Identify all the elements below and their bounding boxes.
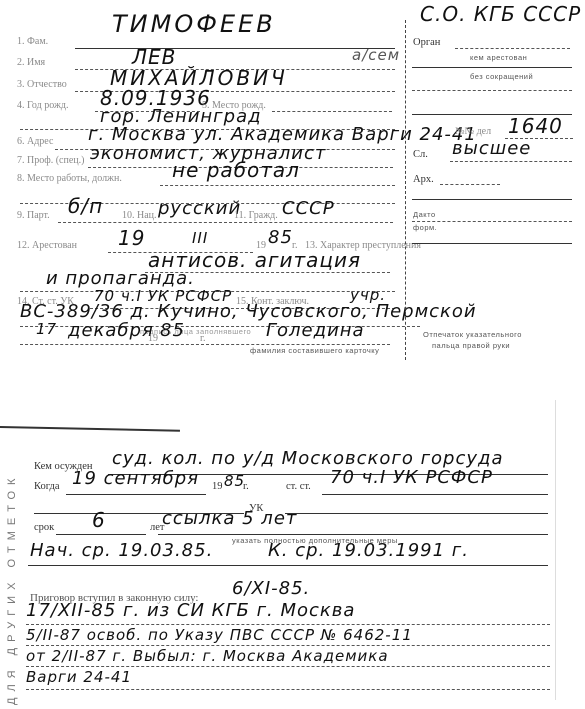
term-line bbox=[56, 534, 146, 535]
column-divider bbox=[405, 20, 406, 360]
date-month: декабря bbox=[68, 320, 154, 341]
camp-value-2: ВС-389/36 д. Кучино, Чусовского, Пермско… bbox=[20, 301, 477, 322]
term-value: 6 bbox=[92, 508, 106, 532]
arrested-month: III bbox=[192, 229, 208, 247]
term-extra: ссылка 5 лет bbox=[162, 508, 297, 529]
archive-line bbox=[440, 184, 500, 185]
date-day: 17 bbox=[36, 320, 57, 338]
side-text: ДЛЯ ДРУГИХ ОТМЕТОК bbox=[6, 473, 18, 705]
dactyl-label-2: форм. bbox=[413, 223, 437, 232]
term-dates-line bbox=[28, 565, 548, 566]
term-extra-line bbox=[158, 534, 548, 535]
sentence-date: 6/XI-85. bbox=[232, 578, 310, 599]
note-underline-2 bbox=[26, 645, 550, 646]
when-label: Когда bbox=[34, 481, 60, 492]
citizenship-label: 11. Гражд. bbox=[234, 210, 278, 221]
note-line-1: 17/XII-85 г. из СИ КГБ г. Москва bbox=[26, 600, 355, 621]
party-line bbox=[58, 222, 393, 223]
date-year-prefix: 19 bbox=[148, 333, 158, 344]
articles-line bbox=[322, 494, 548, 495]
address-label: 6. Адрес bbox=[17, 136, 53, 147]
note-underline-3 bbox=[26, 666, 550, 667]
education-value: высшее bbox=[452, 138, 531, 159]
card-right-edge bbox=[555, 400, 556, 700]
date-line bbox=[20, 344, 390, 345]
education-label: Сл. bbox=[413, 149, 428, 160]
when-line bbox=[66, 494, 206, 495]
card-top-edge bbox=[0, 426, 180, 432]
organ-line bbox=[455, 48, 570, 49]
note-line-2: 5/II-87 освоб. по Указу ПВС СССР № 6462-… bbox=[26, 626, 413, 644]
articles-label: ст. ст. bbox=[286, 481, 311, 492]
note-underline-1 bbox=[26, 624, 550, 625]
organ-value: С.О. КГБ СССР bbox=[420, 2, 581, 26]
fingerprint-label-1: Отпечаток указательного bbox=[423, 330, 522, 339]
workplace-label: 8. Место работы, должн. bbox=[17, 173, 122, 184]
note-underline-4 bbox=[26, 689, 550, 690]
fingerprint-label-2: пальца правой руки bbox=[432, 341, 510, 350]
workplace-line bbox=[160, 185, 395, 186]
case-number-label: №№ дел bbox=[455, 126, 491, 137]
stray-mark: а/сем bbox=[352, 46, 400, 64]
profession-label: 7. Проф. (спец.) bbox=[17, 155, 84, 166]
note-line-3: от 2/II-87 г. Выбыл: г. Москва Академика bbox=[26, 647, 389, 665]
when-year-prefix: 19 bbox=[212, 481, 223, 492]
uk-line-right bbox=[285, 513, 548, 514]
name-label: 2. Имя bbox=[17, 57, 45, 68]
dactyl-label-1: Дакто bbox=[413, 210, 436, 219]
term-label: срок bbox=[34, 522, 54, 533]
surname-label: 1. Фам. bbox=[17, 36, 48, 47]
archive-divider bbox=[412, 199, 572, 200]
note-line-4: Варги 24-41 bbox=[26, 668, 132, 686]
when-year: 85 bbox=[224, 472, 245, 490]
organ-sublabel-1: кем арестован bbox=[470, 53, 527, 62]
compiler-signature: Голедина bbox=[266, 320, 365, 341]
when-date: 19 сентября bbox=[72, 468, 199, 489]
workplace-value: не работал bbox=[172, 158, 300, 182]
term-start: Нач. ср. 19.03.85. bbox=[30, 540, 213, 561]
dactyl-line bbox=[412, 221, 572, 222]
arrested-year: 85 bbox=[268, 227, 293, 248]
arrested-label: 12. Арестован bbox=[17, 240, 77, 251]
birth-place-line-1 bbox=[272, 111, 392, 112]
organ-line-3 bbox=[412, 90, 572, 91]
articles-value: 70 ч.I УК РСФСР bbox=[330, 467, 493, 488]
when-year-suffix: г. bbox=[243, 481, 249, 492]
compiler-sublabel: фамилия составившего карточку bbox=[250, 346, 379, 355]
nationality-label: 10. Нац. bbox=[122, 210, 157, 221]
party-value: б/п bbox=[68, 194, 103, 218]
patronymic-label: 3. Отчество bbox=[17, 79, 67, 90]
date-year: 85 bbox=[160, 320, 185, 341]
term-end: К. ср. 19.03.1991 г. bbox=[268, 540, 469, 561]
date-year-suffix: г. bbox=[200, 333, 205, 344]
archive-label: Арх. bbox=[413, 174, 434, 185]
dactyl-divider bbox=[412, 243, 572, 244]
organ-label: Орган bbox=[413, 37, 440, 48]
nationality-value: русский bbox=[158, 198, 241, 219]
crime-nature-value-2: и пропаганда. bbox=[46, 268, 195, 289]
education-line bbox=[450, 161, 572, 162]
surname-line bbox=[75, 48, 395, 49]
convicted-by-value: суд. кол. по у/д Московского горсуда bbox=[112, 448, 503, 469]
citizenship-value: СССР bbox=[282, 198, 335, 219]
party-label: 9. Парт. bbox=[17, 210, 50, 221]
organ-sublabel-2: без сокращений bbox=[470, 72, 533, 81]
organ-line-2 bbox=[412, 67, 572, 68]
case-number: 1640 bbox=[508, 114, 563, 138]
arrested-day: 19 bbox=[118, 226, 145, 250]
address-value: г. Москва ул. Академика Варги 24-41 bbox=[88, 124, 477, 145]
surname-value: ТИМОФЕЕВ bbox=[112, 10, 276, 38]
birth-year-label: 4. Год рожд. bbox=[17, 100, 68, 111]
